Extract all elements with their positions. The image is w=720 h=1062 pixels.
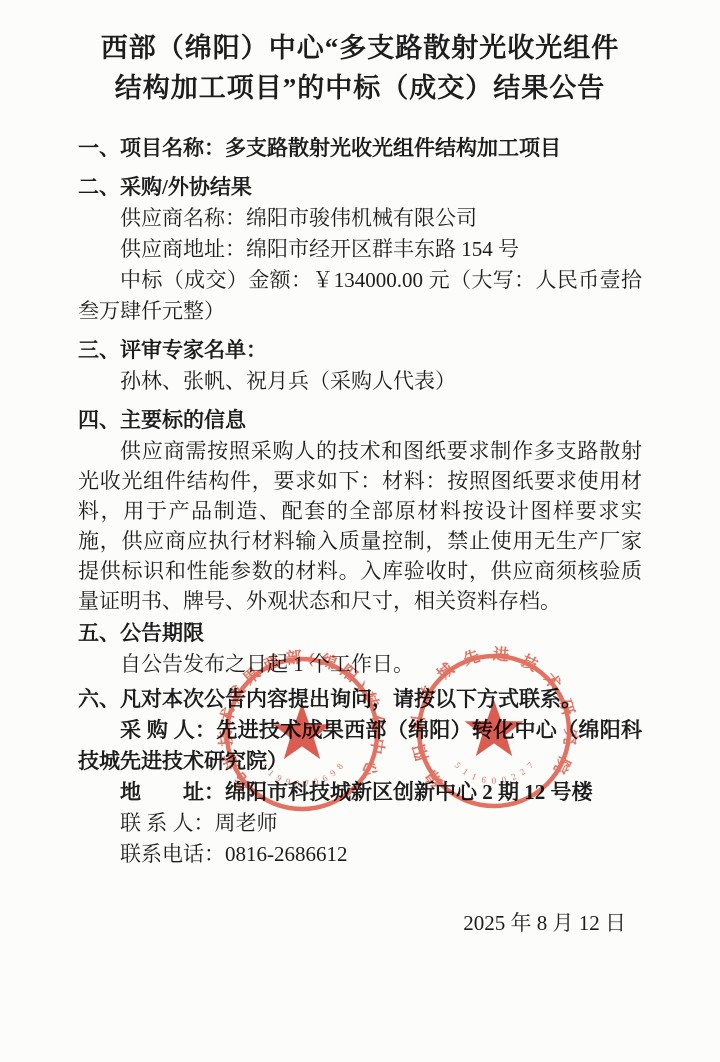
subject-info-paragraph: 供应商需按照采购人的技术和图纸要求制作多支路散射光收光组件结构件，要求如下：材料… <box>78 436 642 616</box>
title-line-2: 结构加工项目”的中标（成交）结果公告 <box>78 68 642 108</box>
supplier-name: 供应商名称：绵阳市骏伟机械有限公司 <box>78 203 642 234</box>
contact-person-line: 联 系 人：周老师 <box>78 808 642 839</box>
section-4-heading: 四、主要标的信息 <box>78 405 642 436</box>
award-amount: 中标（成交）金额：￥134000.00 元（大写：人民币壹拾叁万肆仟元整） <box>78 265 642 327</box>
section-1-heading: 一、项目名称：多支路散射光收光组件结构加工项目 <box>78 133 642 164</box>
announcement-period: 自公告发布之日起 1 个工作日。 <box>78 649 642 680</box>
section-6-heading: 六、凡对本次公告内容提出询问，请按以下方式联系。 <box>78 684 642 715</box>
address-line: 地 址：绵阳市科技城新区创新中心 2 期 12 号楼 <box>78 777 642 808</box>
section-5-heading: 五、公告期限 <box>78 618 642 649</box>
title-line-1: 西部（绵阳）中心“多支路散射光收光组件 <box>78 28 642 68</box>
buyer-line: 采 购 人：先进技术成果西部（绵阳）转化中心（绵阳科技城先进技术研究院） <box>78 715 642 777</box>
document-date: 2025 年 8 月 12 日 <box>78 908 642 939</box>
page-title: 西部（绵阳）中心“多支路散射光收光组件 结构加工项目”的中标（成交）结果公告 <box>78 28 642 108</box>
document-page: 西部（绵阳）中心“多支路散射光收光组件 结构加工项目”的中标（成交）结果公告 一… <box>0 0 720 1062</box>
expert-list: 孙林、张帆、祝月兵（采购人代表） <box>78 366 642 397</box>
supplier-address: 供应商地址：绵阳市经开区群丰东路 154 号 <box>78 234 642 265</box>
section-2-heading: 二、采购/外协结果 <box>78 172 642 203</box>
section-3-heading: 三、评审专家名单： <box>78 335 642 366</box>
contact-phone-line: 联系电话：0816-2686612 <box>78 839 642 870</box>
